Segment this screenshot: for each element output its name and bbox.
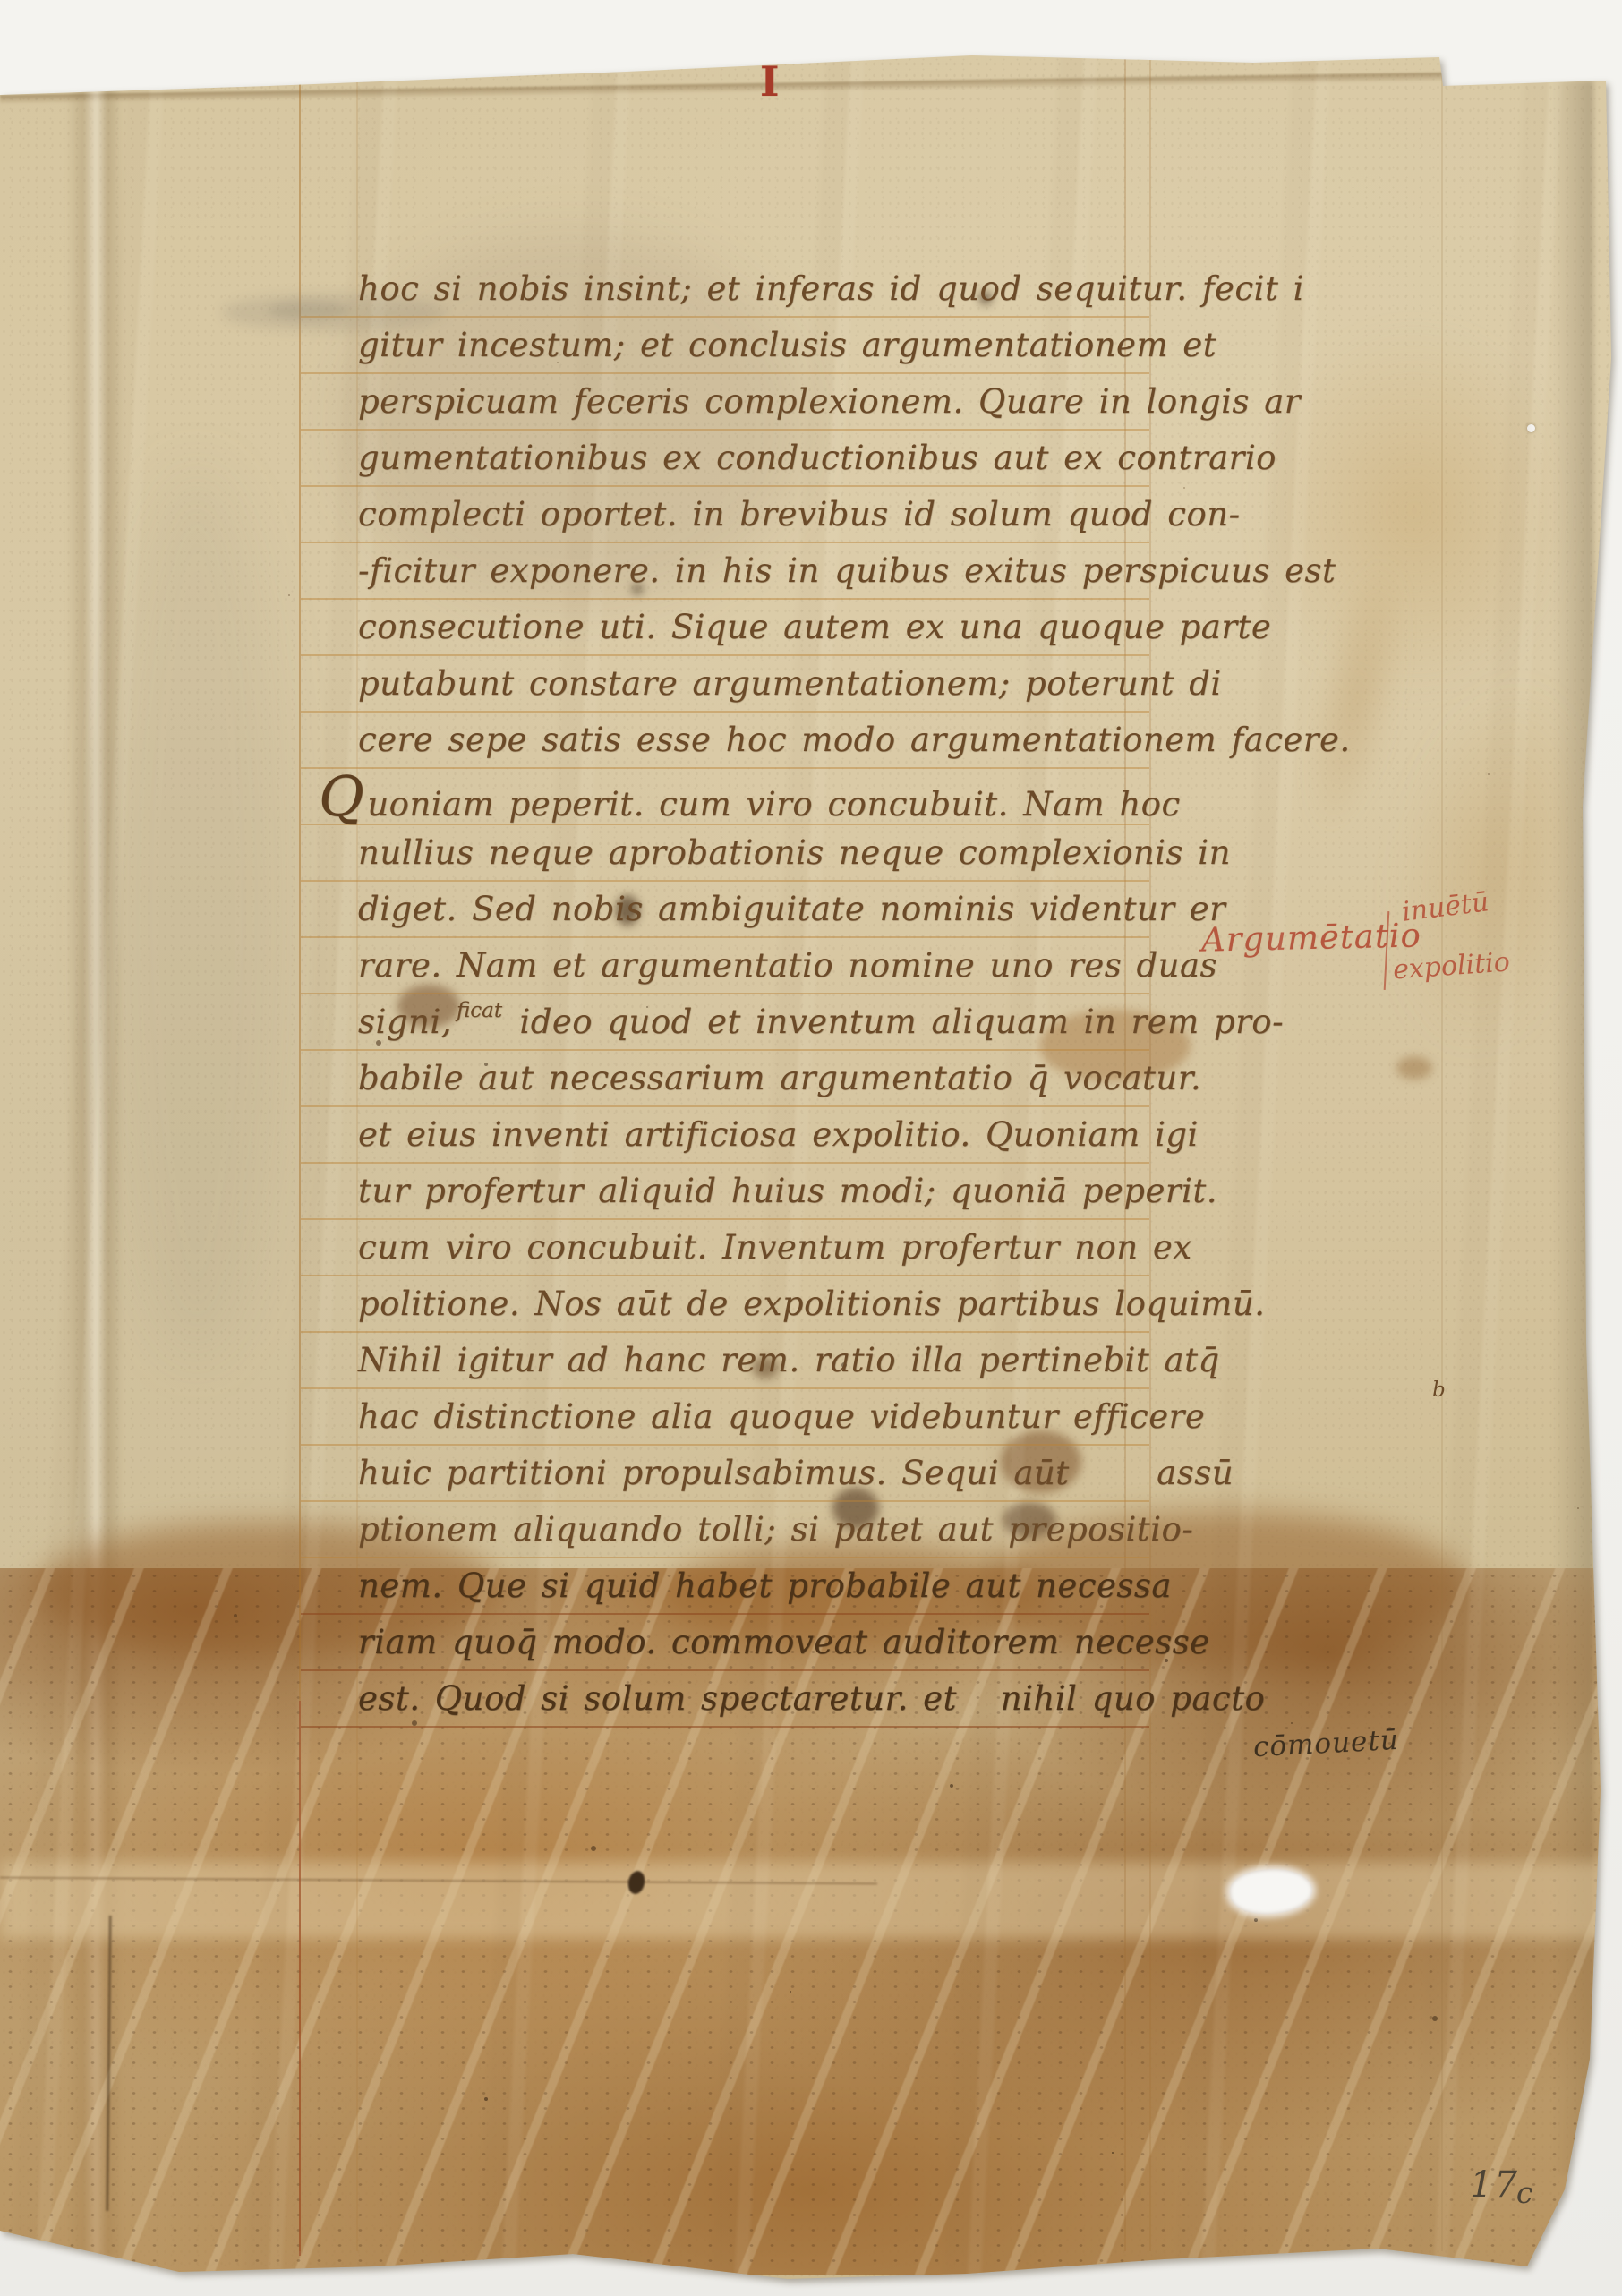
manuscript-line: complecti oportet. in brevibus id solum …: [301, 487, 1149, 543]
wormhole: [1527, 424, 1535, 432]
manuscript-lines: hoc si nobis insint; et inferas id quod …: [301, 261, 1149, 1728]
manuscript-line: gitur incestum; et conclusis argumentati…: [301, 318, 1149, 374]
parchment-wrapper: hoc si nobis insint; et inferas id quod …: [0, 0, 1622, 2296]
manuscript-line-text: complecti oportet. in brevibus id solum …: [358, 495, 1241, 533]
manuscript-line: babile aut necessarium argumentatio q̄ v…: [301, 1051, 1149, 1107]
manuscript-line-text: ptionem aliquando tolli; si patet aut pr…: [358, 1510, 1193, 1549]
folio-flourish: c: [1516, 2175, 1534, 2210]
manuscript-line: et eius inventi artificiosa expolitio. Q…: [301, 1107, 1149, 1164]
manuscript-line: signi,ficat ideo quod et inventum aliqua…: [301, 994, 1149, 1051]
manuscript-line-text: riam quoq̄ modo. commoveat auditorem nec…: [358, 1623, 1210, 1661]
manuscript-line-text: cum viro concubuit. Inventum profertur n…: [358, 1228, 1192, 1267]
manuscript-line-text: consecutione uti. Sique autem ex una quo…: [358, 608, 1271, 646]
manuscript-line: est. Quod si solum spectaretur. et nihil…: [301, 1671, 1149, 1728]
manuscript-line-text: signi,ficat ideo quod et inventum aliqua…: [358, 1003, 1284, 1041]
manuscript-line: huic partitioni propulsabimus. Sequi aūt…: [301, 1446, 1149, 1502]
parchment-leaf: hoc si nobis insint; et inferas id quod …: [0, 0, 1622, 2296]
manuscript-line: -ficitur exponere. in his in quibus exit…: [301, 543, 1149, 600]
manuscript-line: consecutione uti. Sique autem ex una quo…: [301, 600, 1149, 656]
manuscript-line: hoc si nobis insint; et inferas id quod …: [301, 261, 1149, 318]
interlinear-addition: ficat: [457, 999, 502, 1022]
manuscript-line: rare. Nam et argumentatio nomine uno res…: [301, 938, 1149, 994]
manuscript-line-text: Quoniam peperit. cum viro concubuit. Nam…: [358, 785, 1181, 824]
manuscript-line-text: est. Quod si solum spectaretur. et nihil…: [358, 1679, 1265, 1718]
manuscript-line: tur profertur aliquid huius modi; quoniā…: [301, 1164, 1149, 1220]
manuscript-line-text: Nihil igitur ad hanc rem. ratio illa per…: [358, 1341, 1220, 1379]
folio-number: 17c: [1470, 2164, 1534, 2210]
manuscript-line-text: nullius neque aprobationis neque complex…: [358, 833, 1231, 872]
littera-notabilior: Q: [319, 764, 364, 829]
manuscript-line: ptionem aliquando tolli; si patet aut pr…: [301, 1502, 1149, 1558]
scanned-manuscript-page: hoc si nobis insint; et inferas id quod …: [0, 0, 1622, 2296]
manuscript-line: perspicuam feceris complexionem. Quare i…: [301, 374, 1149, 431]
manuscript-line: nullius neque aprobationis neque complex…: [301, 825, 1149, 882]
manuscript-line-text: gumentationibus ex conductionibus aut ex…: [358, 439, 1276, 477]
manuscript-line-text: gitur incestum; et conclusis argumentati…: [358, 326, 1216, 364]
manuscript-line-text: perspicuam feceris complexionem. Quare i…: [358, 382, 1301, 421]
manuscript-line: nem. Que si quid habet probabile aut nec…: [301, 1558, 1149, 1615]
stain-patch: [1396, 1056, 1432, 1080]
quire-mark-top: I: [760, 57, 780, 106]
manuscript-line-text: -ficitur exponere. in his in quibus exit…: [358, 551, 1336, 590]
text-block: hoc si nobis insint; et inferas id quod …: [301, 261, 1149, 1728]
manuscript-line-text: cere sepe satis esse hoc modo argumentat…: [358, 721, 1351, 759]
manuscript-line-text: babile aut necessarium argumentatio q̄ v…: [358, 1059, 1201, 1097]
manuscript-line-text: huic partitioni propulsabimus. Sequi aūt…: [358, 1454, 1234, 1492]
manuscript-line: riam quoq̄ modo. commoveat auditorem nec…: [301, 1615, 1149, 1671]
ruling-vertical-margin: [1441, 54, 1443, 2251]
manuscript-line-text: diget. Sed nobis ambiguitate nominis vid…: [358, 890, 1225, 928]
manuscript-line: Nihil igitur ad hanc rem. ratio illa per…: [301, 1333, 1149, 1389]
manuscript-line: politione. Nos aūt de expolitionis parti…: [301, 1276, 1149, 1333]
manuscript-line: diget. Sed nobis ambiguitate nominis vid…: [301, 882, 1149, 938]
manuscript-line: putabunt constare argumentationem; poter…: [301, 656, 1149, 713]
horizontal-fold-band: [0, 1862, 1622, 1939]
parchment-top-edge: [0, 70, 1622, 104]
manuscript-line-text: et eius inventi artificiosa expolitio. Q…: [358, 1115, 1199, 1154]
manuscript-line-text: rare. Nam et argumentatio nomine uno res…: [358, 946, 1217, 985]
manuscript-line: cere sepe satis esse hoc modo argumentat…: [301, 713, 1149, 769]
ruling-vertical-left-lower: [299, 1701, 301, 2256]
folio-number-value: 17: [1470, 2164, 1519, 2206]
manuscript-line: gumentationibus ex conductionibus aut ex…: [301, 431, 1149, 487]
manuscript-line-text: nem. Que si quid habet probabile aut nec…: [358, 1566, 1172, 1605]
manuscript-line-text: putabunt constare argumentationem; poter…: [358, 664, 1222, 703]
manuscript-line-text: tur profertur aliquid huius modi; quoniā…: [358, 1172, 1217, 1210]
water-stain-right: [1253, 322, 1575, 698]
manuscript-line: hac distinctione alia quoque videbuntur …: [301, 1389, 1149, 1446]
manuscript-line: cum viro concubuit. Inventum profertur n…: [301, 1220, 1149, 1276]
manuscript-line-text: politione. Nos aūt de expolitionis parti…: [358, 1285, 1265, 1323]
manuscript-line-text: hoc si nobis insint; et inferas id quod …: [358, 269, 1304, 308]
left-margin-tint: [107, 465, 286, 1361]
correction-mark-b: b: [1432, 1378, 1446, 1402]
manuscript-line: Quoniam peperit. cum viro concubuit. Nam…: [301, 769, 1149, 825]
manuscript-line-text: hac distinctione alia quoque videbuntur …: [358, 1397, 1205, 1436]
